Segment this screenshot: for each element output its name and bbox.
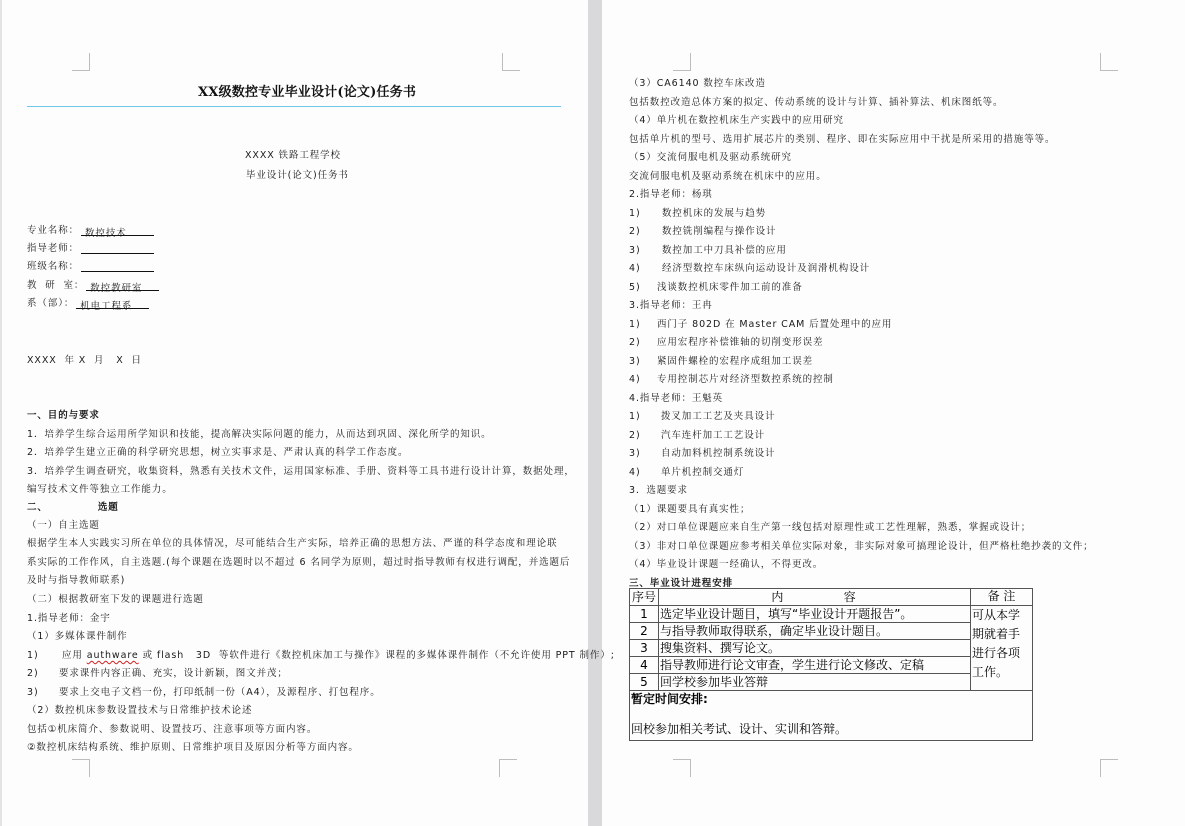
requirement-item: （1）课题要具有真实性；	[629, 501, 750, 515]
subsection-heading: （二）根据教研室下发的课题进行选题	[27, 591, 204, 605]
arrangement-text: 回校参加相关考试、设计、实训和答辩。	[631, 721, 1031, 737]
margin-corner-mark	[72, 759, 90, 777]
topic-heading: （5）交流伺服电机及驱动系统研究	[629, 149, 792, 163]
list-item: 2)汽车连杆加工工艺设计	[629, 427, 765, 441]
field-class-value[interactable]	[81, 261, 154, 272]
advisor-heading: 2.指导老师：杨琪	[629, 186, 713, 200]
list-item: 3)自动加料机控制系统设计	[629, 445, 775, 459]
spellcheck-flagged-word[interactable]: authware	[87, 650, 139, 661]
topic-heading: （1）多媒体课件制作	[27, 628, 128, 642]
margin-corner-mark	[72, 53, 90, 71]
list-item: 2)要求课件内容正确、充实，设计新颖，图文并茂；	[27, 665, 288, 679]
paragraph-line: 系实际的工作作风，自主选题.(每个课题在选题时以不超过 6 名同学为原则，超过时…	[27, 554, 570, 568]
advisor-heading: 3.指导老师：王冉	[629, 297, 713, 311]
margin-corner-mark	[673, 759, 691, 777]
list-item: 3)数控加工中刀具补偿的应用	[629, 242, 787, 256]
section2-heading: 二、选题	[27, 499, 119, 513]
section1-item: 2．培养学生建立正确的科学研究思想，树立实事求是、严肃认真的科学工作态度。	[27, 444, 408, 458]
section1-item: 3．培养学生调查研究，收集资料，熟悉有关技术文件，运用国家标准、手册、资料等工具…	[27, 463, 575, 477]
margin-corner-mark	[499, 759, 517, 777]
table-header-row: 序号 内 容 备 注	[630, 589, 1033, 606]
topic-heading: （2）数控机床参数设置技术与日常维护技术论述	[27, 702, 252, 716]
page-gutter	[588, 0, 602, 826]
requirements-heading: 3．选题要求	[629, 482, 688, 496]
topic-heading: （4）单片机在数控机床生产实践中的应用研究	[629, 112, 844, 126]
document-title: XX级数控专业毕业设计(论文)任务书	[198, 81, 416, 100]
requirement-item: （4）毕业设计课题一经确认，不得更改。	[629, 556, 823, 570]
title-rule	[27, 106, 561, 107]
requirement-item: （3）非对口单位课题应参考相关单位实际对象，非实际对象可搞理论设计，但严格杜绝抄…	[629, 538, 1094, 552]
paragraph-line: 包括①机床简介、参数说明、设置技巧、注意事项等方面内容。	[27, 721, 317, 735]
section1-item: 编写技术文件等独立工作能力。	[27, 481, 173, 495]
list-item: 1)拨叉加工工艺及夹具设计	[629, 408, 775, 422]
table-arrangement-row: 暂定时间安排: 回校参加相关考试、设计、实训和答辩。	[630, 691, 1033, 741]
list-item: 4)专用控制芯片对经济型数控系统的控制	[629, 371, 834, 385]
field-major-value[interactable]: 数控技术	[81, 225, 154, 236]
field-advisor: 指导老师：	[27, 240, 154, 254]
paragraph-line: 及时与指导教师联系)	[27, 572, 125, 586]
margin-corner-mark	[673, 53, 691, 71]
list-item: 3)紧固件螺栓的宏程序成组加工误差	[629, 353, 813, 367]
margin-corner-mark	[502, 53, 520, 71]
field-office-value[interactable]: 数控教研室	[86, 280, 159, 291]
arrangement-title: 暂定时间安排:	[631, 691, 1031, 707]
school-name: XXXX 铁路工程学校	[245, 147, 341, 161]
column-header-no: 序号	[630, 589, 659, 606]
document-date: XXXX 年 X 月 X 日	[27, 352, 142, 366]
field-office: 教 研 室：数控教研室	[27, 277, 159, 291]
margin-corner-mark	[1100, 53, 1118, 71]
table-note-cell: 可从本学期就着手进行各项工作。	[971, 606, 1033, 691]
list-item: 5)浅谈数控机床零件加工前的准备	[629, 279, 803, 293]
margin-corner-mark	[1100, 759, 1118, 777]
list-item: 2)数控铣削编程与操作设计	[629, 223, 776, 237]
list-item: 3)要求上交电子文档一份，打印纸制一份（A4），及源程序、打包程序。	[27, 684, 381, 698]
list-item: 4)经济型数控车床纵向运动设计及润滑机构设计	[629, 260, 870, 274]
schedule-table: 序号 内 容 备 注 1 选定毕业设计题目，填写“毕业设计开题报告”。 可从本学…	[629, 588, 1033, 741]
paragraph-line: ②数控机床结构系统、维护原则、日常维护项目及原因分析等方面内容。	[27, 739, 359, 753]
list-item: 4)单片机控制交通灯	[629, 464, 744, 478]
requirement-item: （2）对口单位课题应来自生产第一线包括对原理性或工艺性理解，熟悉，掌握或设计；	[629, 519, 1031, 533]
field-department-value[interactable]: 机电工程系	[76, 298, 149, 309]
paragraph-line: 根据学生本人实践实习所在单位的具体情况，尽可能结合生产实际，培养正确的思想方法、…	[27, 535, 557, 549]
field-major: 专业名称：数控技术	[27, 222, 154, 236]
field-class: 班级名称：	[27, 258, 154, 272]
column-header-content: 内 容	[659, 589, 971, 606]
list-item: 1)西门子 802D 在 Master CAM 后置处理中的应用	[629, 316, 892, 330]
list-item: 1)数控机床的发展与趋势	[629, 205, 766, 219]
field-department: 系（部）：机电工程系	[27, 295, 149, 309]
paragraph-line: 交流伺服电机及驱动系统在机床中的应用。	[629, 168, 827, 182]
column-header-note: 备 注	[971, 589, 1033, 606]
subsection-heading: （一）自主选题	[27, 517, 100, 531]
topic-heading: （3）CA6140 数控车床改造	[629, 75, 766, 89]
paragraph-line: 包括数控改造总体方案的拟定、传动系统的设计与计算、插补算法、机床图纸等。	[629, 94, 1003, 108]
document-subtitle: 毕业设计(论文)任务书	[246, 167, 349, 181]
list-item: 1)应用 authware 或 flash 3D 等软件进行《数控机床加工与操作…	[27, 647, 615, 661]
table-row: 1 选定毕业设计题目，填写“毕业设计开题报告”。 可从本学期就着手进行各项工作。	[630, 606, 1033, 623]
advisor-heading: 1.指导老师：金宇	[27, 610, 111, 624]
advisor-heading: 4.指导老师：王魁英	[629, 390, 723, 404]
list-item: 2)应用宏程序补偿锥轴的切削变形误差	[629, 334, 823, 348]
section1-item: 1．培养学生综合运用所学知识和技能，提高解决实际问题的能力，从而达到巩固、深化所…	[27, 426, 492, 440]
section1-heading: 一、目的与要求	[27, 407, 100, 421]
section3-heading: 三、毕业设计进程安排	[629, 575, 733, 589]
field-advisor-value[interactable]	[81, 243, 154, 254]
paragraph-line: 包括单片机的型号、选用扩展芯片的类别、程序、即在实际应用中干扰是所采用的措施等等…	[629, 131, 1055, 145]
